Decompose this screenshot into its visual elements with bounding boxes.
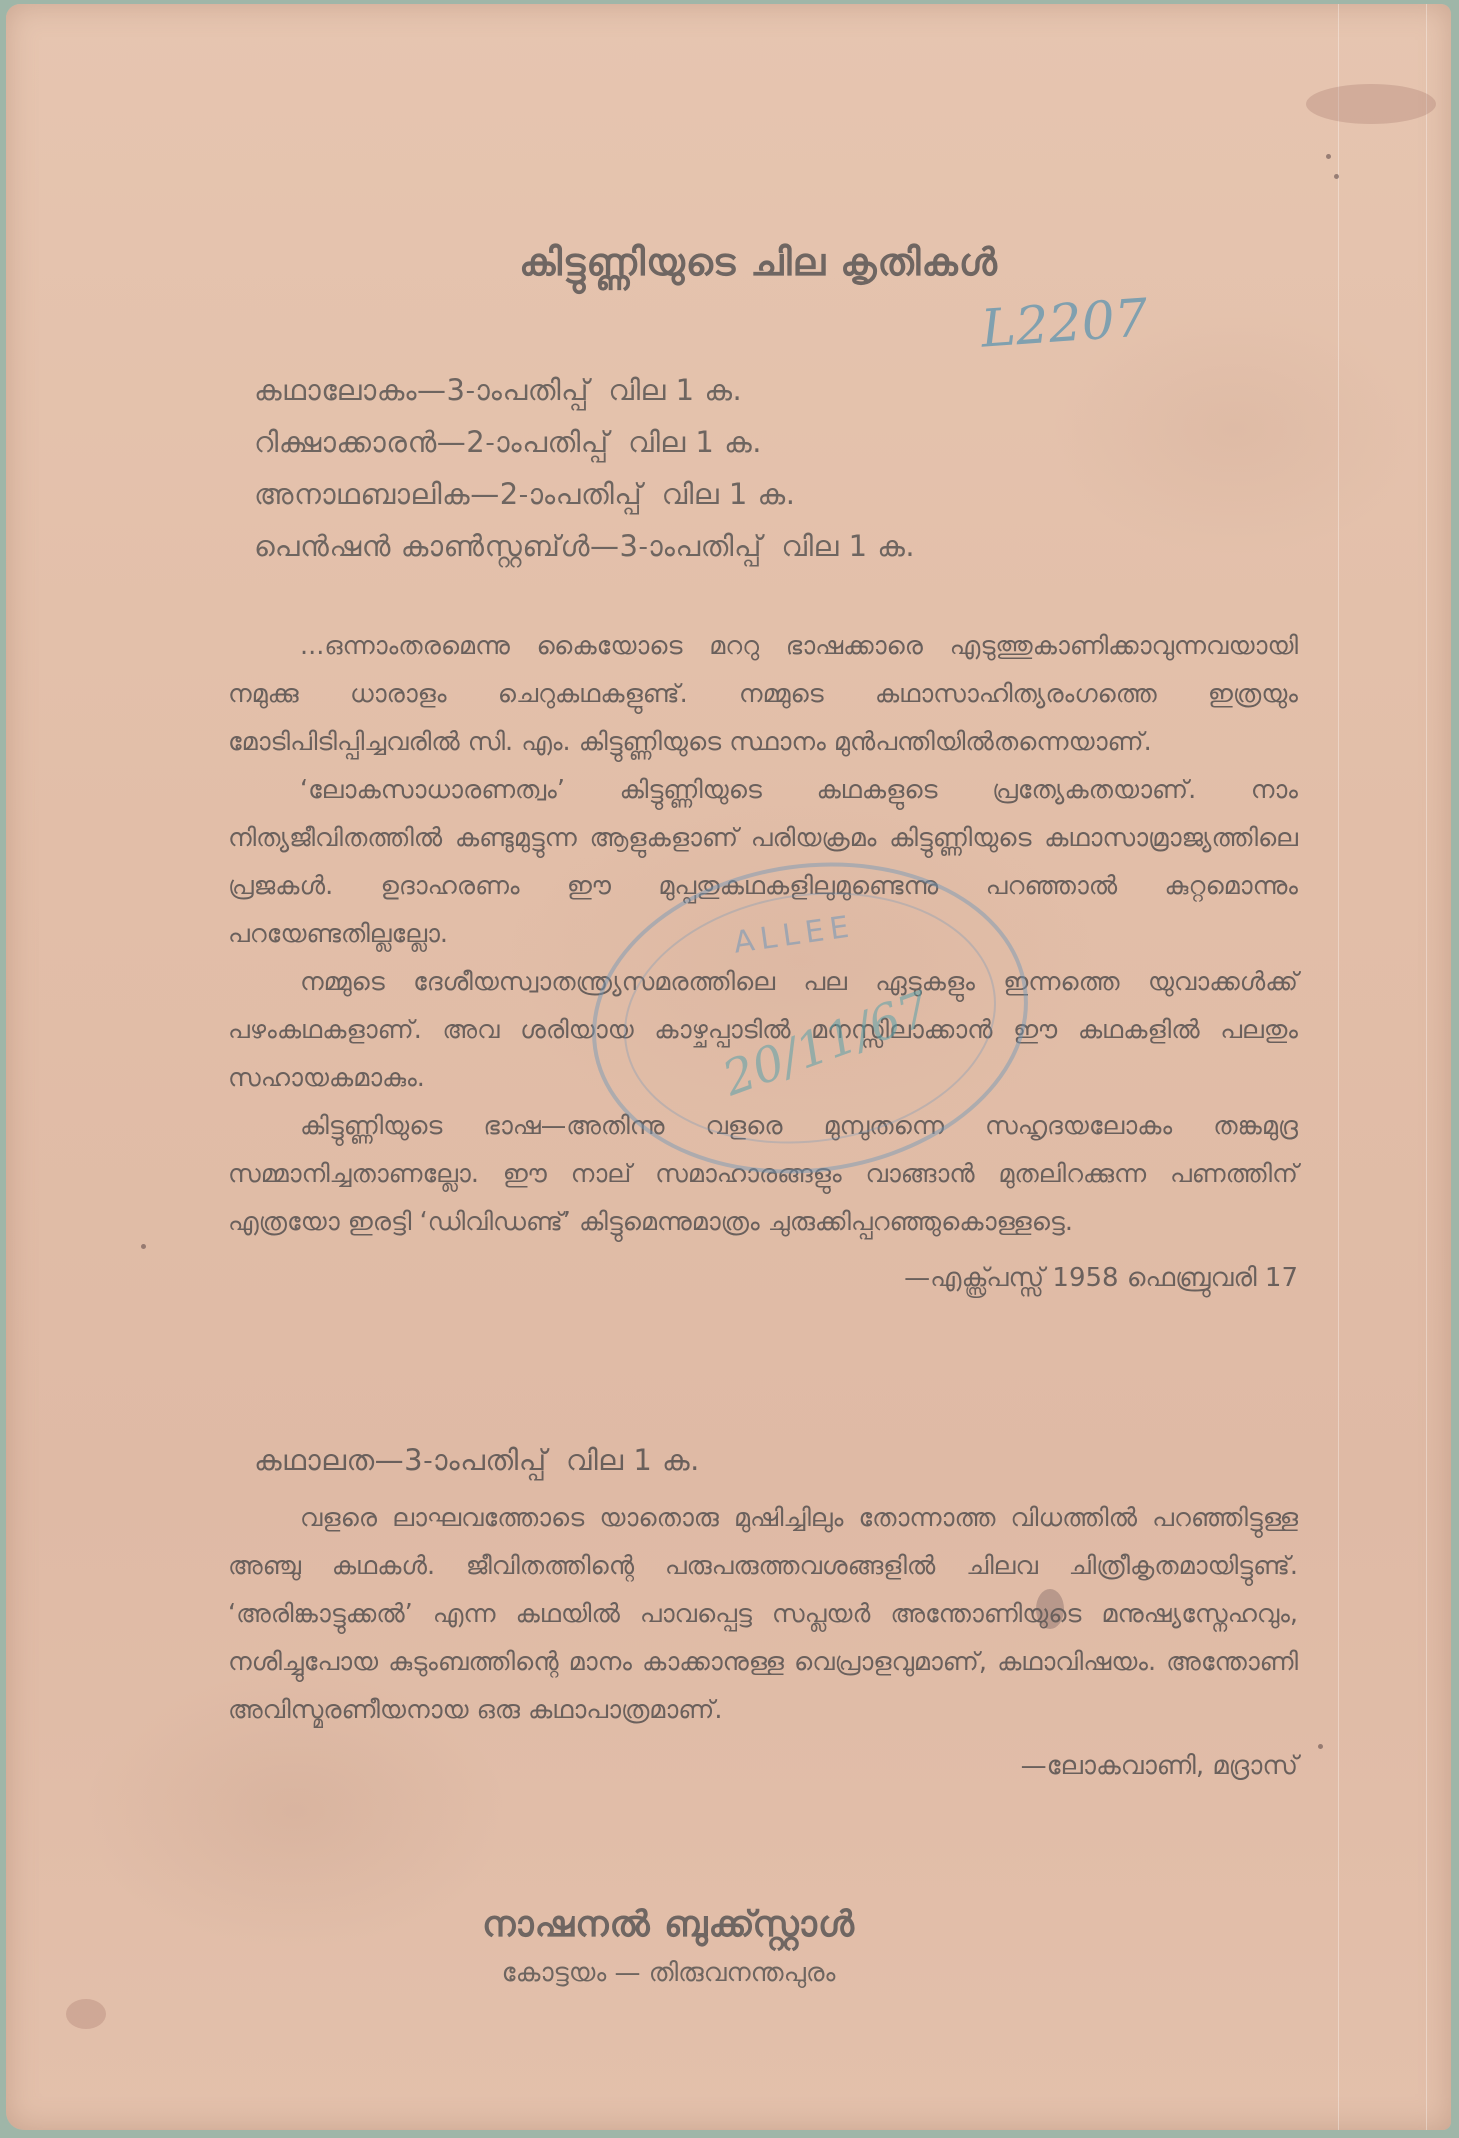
paper-speck: [1318, 1744, 1323, 1749]
book-entry: അനാഥബാലിക—2-ാംപതിപ്പ് വില 1 ക.: [254, 468, 915, 520]
publisher-cities: കോട്ടയം — തിരുവനന്തപുരം: [6, 1958, 1331, 1989]
book-list: കഥാലോകം—3-ാംപതിപ്പ് വില 1 ക. റിക്ഷാക്കാര…: [254, 364, 915, 572]
publisher-block: നാഷനൽ ബുക്ക്സ്റ്റാൾ കോട്ടയം — തിരുവനന്തപ…: [6, 1904, 1451, 1989]
paper-stain: [66, 1999, 106, 2029]
book-back-cover: കിട്ടുണ്ണിയുടെ ചില കൃതികൾ L2207 കഥാലോകം—…: [6, 4, 1451, 2130]
review-paragraph: വളരെ ലാഘവത്തോടെ യാതൊരു മുഷിച്ചിലും തോന്ന…: [228, 1494, 1298, 1734]
book-entry: കഥാലത—3-ാംപതിപ്പ് വില 1 ക.: [254, 1436, 1298, 1484]
paper-stain: [1306, 84, 1436, 124]
review-paragraph: ‘ലോകസാധാരണത്വം’ കിട്ടുണ്ണിയുടെ കഥകളുടെ പ…: [228, 766, 1298, 958]
handwritten-catalog-number: L2207: [979, 288, 1150, 359]
review-attribution: —എക്സ്പ്രസ്സ് 1958 ഫെബ്രുവരി 17: [228, 1254, 1298, 1302]
publisher-name: നാഷനൽ ബുക്ക്സ്റ്റാൾ: [6, 1904, 1331, 1946]
paper-speck: [1326, 154, 1331, 159]
page-title: കിട്ടുണ്ണിയുടെ ചില കൃതികൾ: [6, 240, 1451, 285]
review-express: ...ഒന്നാംതരമെന്നു കൈയോടെ മററു ഭാഷക്കാരെ …: [228, 622, 1298, 1302]
paper-speck: [141, 1244, 146, 1249]
review-lokavani: കഥാലത—3-ാംപതിപ്പ് വില 1 ക. വളരെ ലാഘവത്തോ…: [228, 1436, 1298, 1790]
review-attribution: —ലോകവാണി, മദ്രാസ്: [228, 1742, 1298, 1790]
review-paragraph: കിട്ടുണ്ണിയുടെ ഭാഷ—അതിന്നു വളരെ മുമ്പുതന…: [228, 1102, 1298, 1246]
book-entry: പെൻഷൻ കാൺസ്റ്റബ്ൾ—3-ാംപതിപ്പ് വില 1 ക.: [254, 520, 915, 572]
review-paragraph: നമ്മുടെ ദേശീയസ്വാതന്ത്ര്യസമരത്തിലെ പല ഏട…: [228, 958, 1298, 1102]
paper-speck: [1334, 174, 1339, 179]
book-entry: കഥാലോകം—3-ാംപതിപ്പ് വില 1 ക.: [254, 364, 915, 416]
review-paragraph: ...ഒന്നാംതരമെന്നു കൈയോടെ മററു ഭാഷക്കാരെ …: [228, 622, 1298, 766]
paper-crease: [1338, 4, 1339, 2130]
book-entry: റിക്ഷാക്കാരൻ—2-ാംപതിപ്പ് വില 1 ക.: [254, 416, 915, 468]
paper-crease: [1426, 4, 1427, 2130]
